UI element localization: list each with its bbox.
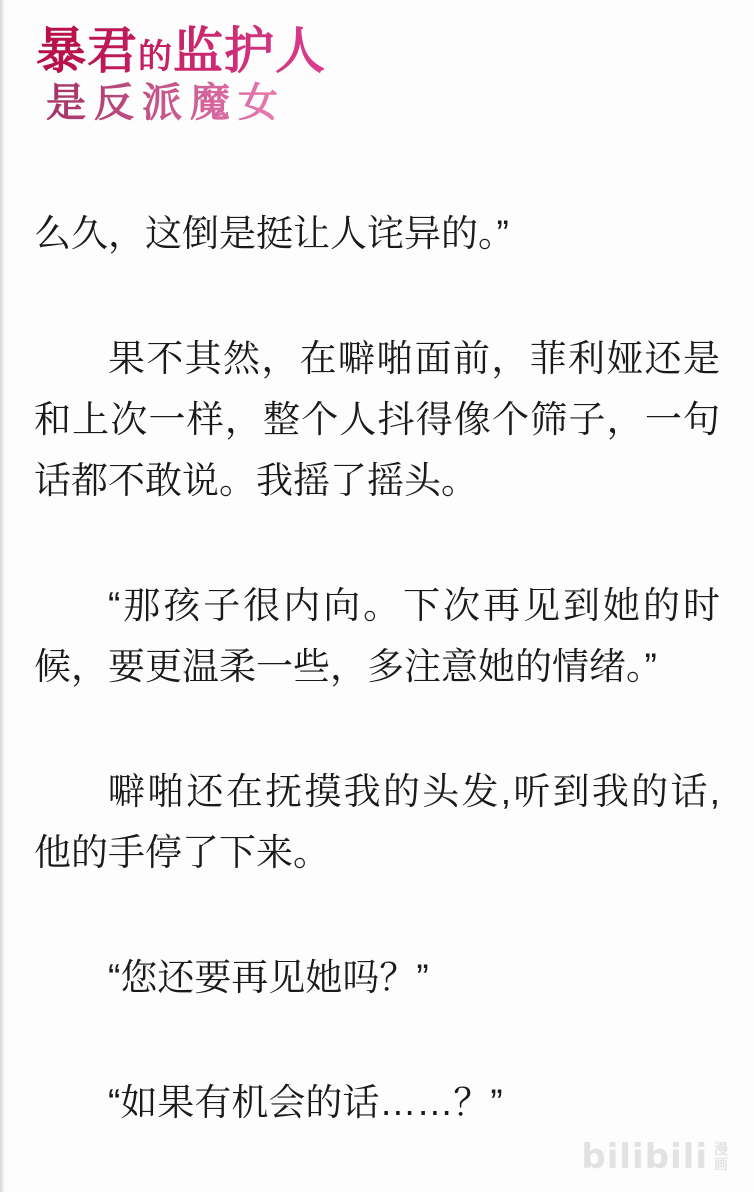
text-line: 么久，这倒是挺让人诧异的。” — [34, 203, 720, 264]
bilibili-logo-text: bilibili — [581, 1140, 708, 1174]
text-line: “您还要再见她吗？” — [34, 947, 720, 1008]
paragraph: 果不其然，在噼啪面前，菲利娅还是和上次一样，整个人抖得像个筛子，一句话都不敢说。… — [34, 328, 720, 511]
paragraph: “那孩子很内向。下次再见到她的时候，要更温柔一些，多注意她的情绪。” — [34, 575, 720, 697]
text-line: 和上次一样，整个人抖得像个筛子，一句 — [34, 389, 720, 450]
text-line: “那孩子很内向。下次再见到她的时 — [34, 575, 720, 636]
page-left-edge — [0, 0, 5, 1192]
logo-text-part2: 的 — [138, 39, 173, 76]
series-title-logo: 暴君的监护人 是反派魔女 — [36, 24, 326, 125]
text-line: “如果有机会的话……？” — [34, 1072, 720, 1133]
paragraph: “您还要再见她吗？” — [34, 947, 720, 1008]
text-line: 果不其然，在噼啪面前，菲利娅还是 — [34, 328, 720, 389]
novel-text-content: 么久，这倒是挺让人诧异的。” 果不其然，在噼啪面前，菲利娅还是和上次一样，整个人… — [0, 203, 754, 1133]
text-line: 候，要更温柔一些，多注意她的情绪。” — [34, 636, 720, 697]
paragraph: 么久，这倒是挺让人诧异的。” — [34, 203, 720, 264]
paragraph: “如果有机会的话……？” — [34, 1072, 720, 1133]
text-line: 话都不敢说。我摇了摇头。 — [34, 450, 720, 511]
text-line: 他的手停了下来。 — [34, 822, 720, 883]
text-line: 噼啪还在抚摸我的头发,听到我的话, — [34, 761, 720, 822]
logo-line2: 是反派魔女 — [46, 81, 286, 125]
watermark-char-man: 漫 — [714, 1142, 728, 1157]
bilibili-watermark: bilibili 漫 画 — [581, 1140, 728, 1174]
logo-text-part3: 监护人 — [173, 23, 326, 79]
paragraph: 噼啪还在抚摸我的头发,听到我的话,他的手停了下来。 — [34, 761, 720, 883]
watermark-char-hua: 画 — [714, 1157, 728, 1172]
logo-line1: 暴君的监护人 — [36, 24, 326, 85]
manga-novel-page[interactable]: 暴君的监护人 是反派魔女 么久，这倒是挺让人诧异的。” 果不其然，在噼啪面前，菲… — [0, 0, 754, 1192]
logo-text-part1: 暴君 — [36, 23, 138, 79]
watermark-manga-label: 漫 画 — [714, 1142, 728, 1172]
